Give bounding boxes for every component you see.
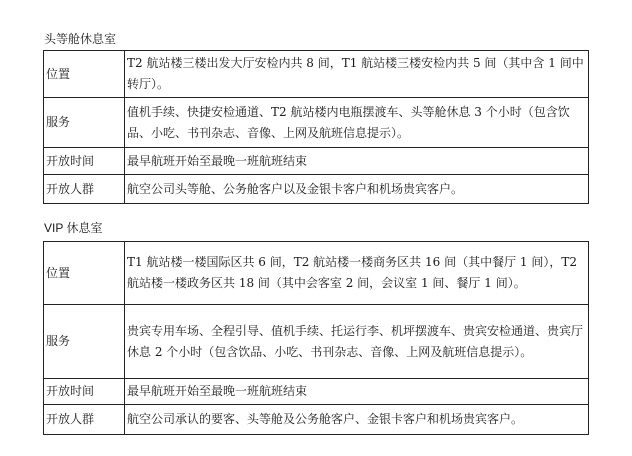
table-row-hours: 开放时间 最早航班开始至最晚一班航班结束 — [44, 379, 589, 405]
row-value: 航空公司头等舱、公务舱客户以及金银卡客户和机场贵宾客户。 — [125, 175, 589, 204]
table-row-location: 位置 T2 航站楼三楼出发大厅安检内共 8 间，T1 航站楼三楼安检内共 5 间… — [44, 51, 589, 98]
row-value: 最早航班开始至最晚一班航班结束 — [125, 148, 589, 175]
row-label: 开放时间 — [44, 148, 125, 175]
table-row-audience: 开放人群 航空公司承认的要客、头等舱及公务舱客户、金银卡客户和机场贵宾客户。 — [44, 405, 589, 435]
row-value: 航空公司承认的要客、头等舱及公务舱客户、金银卡客户和机场贵宾客户。 — [125, 405, 589, 435]
row-label: 开放人群 — [44, 405, 125, 435]
table-row-service: 服务 值机手续、快捷安检通道、T2 航站楼内电瓶摆渡车、头等舱休息 3 个小时（… — [44, 98, 589, 148]
row-label: 服务 — [44, 98, 125, 148]
row-value: 值机手续、快捷安检通道、T2 航站楼内电瓶摆渡车、头等舱休息 3 个小时（包含饮… — [125, 98, 589, 148]
table-row-service: 服务 贵宾专用车场、全程引导、值机手续、托运行李、机坪摆渡车、贵宾安检通道、贵宾… — [44, 305, 589, 379]
row-label: 位置 — [44, 51, 125, 98]
row-label: 服务 — [44, 305, 125, 379]
row-value: T2 航站楼三楼出发大厅安检内共 8 间，T1 航站楼三楼安检内共 5 间（其中… — [125, 51, 589, 98]
row-label: 开放时间 — [44, 379, 125, 405]
row-value: 贵宾专用车场、全程引导、值机手续、托运行李、机坪摆渡车、贵宾安检通道、贵宾厅休息… — [125, 305, 589, 379]
first-class-lounge-table: 位置 T2 航站楼三楼出发大厅安检内共 8 间，T1 航站楼三楼安检内共 5 间… — [43, 50, 589, 204]
first-class-lounge-title: 头等舱休息室 — [44, 32, 116, 46]
row-label: 位置 — [44, 242, 125, 305]
table-row-audience: 开放人群 航空公司头等舱、公务舱客户以及金银卡客户和机场贵宾客户。 — [44, 175, 589, 204]
table-row-location: 位置 T1 航站楼一楼国际区共 6 间，T2 航站楼一楼商务区共 16 间（其中… — [44, 242, 589, 305]
table-row-hours: 开放时间 最早航班开始至最晚一班航班结束 — [44, 148, 589, 175]
row-value: 最早航班开始至最晚一班航班结束 — [125, 379, 589, 405]
row-value: T1 航站楼一楼国际区共 6 间，T2 航站楼一楼商务区共 16 间（其中餐厅 … — [125, 242, 589, 305]
vip-lounge-title: VIP 休息室 — [44, 221, 102, 235]
vip-lounge-table: 位置 T1 航站楼一楼国际区共 6 间，T2 航站楼一楼商务区共 16 间（其中… — [43, 241, 589, 435]
row-label: 开放人群 — [44, 175, 125, 204]
